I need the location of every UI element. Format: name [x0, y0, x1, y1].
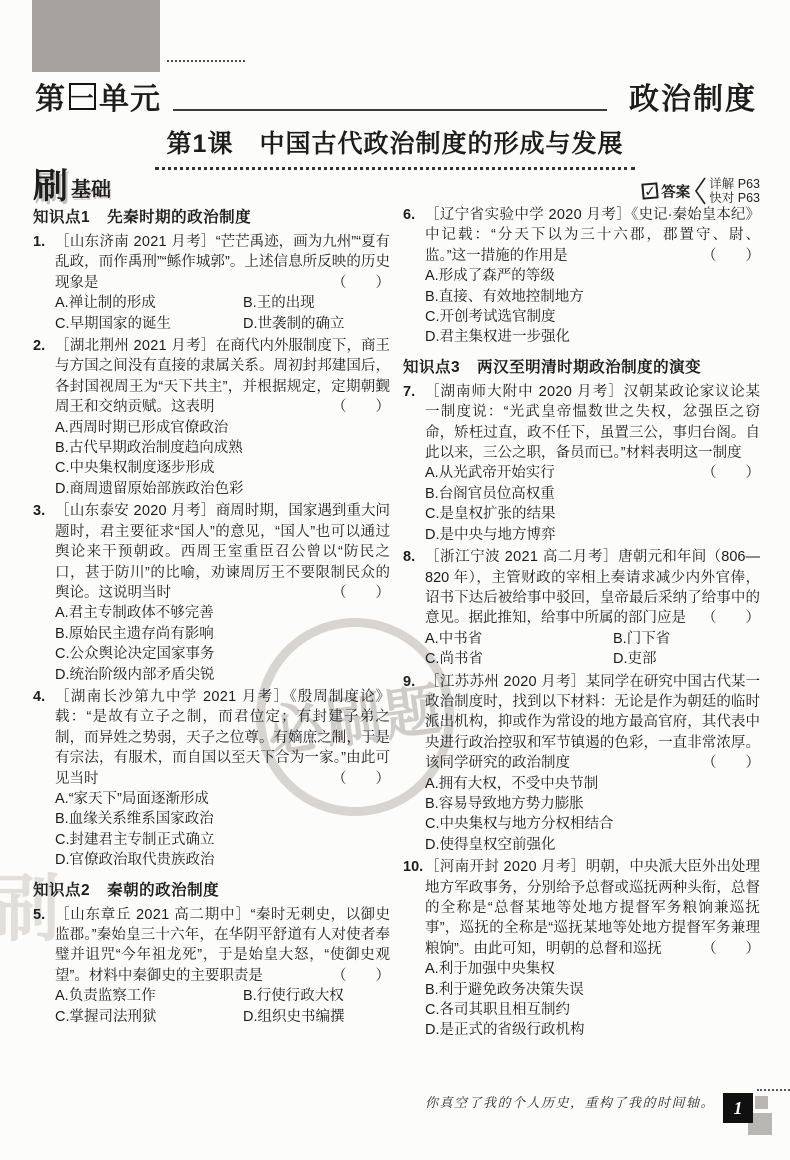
- question-source: ［辽宁省实验中学 2020 月考］: [425, 207, 631, 223]
- question-10: 10.［河南开封 2020 月考］明朝，中央派大臣外出处理地方军政事务，分别给予…: [403, 857, 760, 1041]
- knowledge-point-title: 两汉至明清时期政治制度的演变: [477, 359, 701, 376]
- unit-bleed-tab: [32, 0, 160, 72]
- knowledge-point-header: 知识点3两汉至明清时期政治制度的演变: [403, 355, 760, 377]
- question-number: 3.: [33, 501, 55, 685]
- section-row: 刷 基础 ✓ 答案 详解 P63 快对 P63: [33, 166, 760, 208]
- answer-bracket: （ ）: [332, 273, 390, 293]
- answer-bracket: （ ）: [332, 769, 390, 789]
- option: A.“家天下”局面逐渐形成: [55, 789, 390, 809]
- option: B.行使行政大权: [243, 986, 390, 1006]
- question-body: ［湖南师大附中 2020 月考］汉朝某政论家议论某一制度说：“光武皇帝愠数世之失…: [425, 382, 760, 545]
- option: C.尚书省: [425, 649, 613, 669]
- option: C.封建君主专制正式确立: [55, 830, 390, 850]
- option: D.商周遗留原始部族政治色彩: [55, 479, 390, 499]
- question-stem: ［辽宁省实验中学 2020 月考］《史记·秦始皇本纪》中记载：“分天下以为三十六…: [425, 205, 760, 266]
- question-number: 4.: [33, 687, 55, 871]
- option: D.是中央与地方博弈: [425, 525, 760, 545]
- answer-badge: ✓ 答案 详解 P63 快对 P63: [642, 177, 760, 205]
- checkbox-icon: ✓: [642, 182, 659, 199]
- angle-bracket-icon: [695, 177, 706, 205]
- question-stem: ［山东济南 2021 月考］“芒芒禹迹，画为九州”“夏有乱政，而作禹刑”“鲧作城…: [55, 232, 390, 293]
- question-body: ［湖北荆州 2021 月考］在商代内外服制度下，商王与方国之间没有直接的隶属关系…: [55, 336, 390, 499]
- options: A.中书省B.门下省C.尚书省D.吏部: [425, 629, 760, 670]
- option: C.中央集权制度逐步形成: [55, 458, 390, 478]
- question-stem: ［河南开封 2020 月考］明朝，中央派大臣外出处理地方军政事务，分别给予总督或…: [425, 857, 760, 959]
- option: D.统治阶级内部矛盾尖锐: [55, 665, 390, 685]
- option: A.形成了森严的等级: [425, 266, 760, 286]
- subject-title: 政治制度: [629, 74, 757, 118]
- answer-bracket: （ ）: [332, 397, 390, 417]
- option: D.君主集权进一步强化: [425, 327, 760, 347]
- section-badge-big: 刷: [33, 169, 68, 205]
- workbook-page: 第 一 单元 政治制度 第1课 中国古代政治制度的形成与发展 刷 基础 ✓ 答案…: [0, 0, 790, 1160]
- option: D.官僚政治取代贵族政治: [55, 850, 390, 870]
- answer-bracket: （ ）: [702, 463, 760, 483]
- question-2: 2.［湖北荆州 2021 月考］在商代内外服制度下，商王与方国之间没有直接的隶属…: [33, 336, 390, 499]
- option: B.利于避免政务决策失误: [425, 980, 760, 1000]
- answer-page-refs: 详解 P63 快对 P63: [709, 177, 760, 205]
- question-number: 8.: [403, 547, 425, 669]
- question-body: ［湖南长沙第九中学 2021 月考］《殷周制度论》载：“是故有立子之制，而君位定…: [55, 687, 390, 871]
- option: A.西周时期已形成官僚政治: [55, 418, 390, 438]
- question-5: 5.［山东章丘 2021 高二期中］“秦时无刺史，以御史监郡。”秦始皇三十六年，…: [33, 905, 390, 1027]
- knowledge-point-title: 先秦时期的政治制度: [107, 209, 251, 226]
- question-number: 1.: [33, 232, 55, 334]
- option: A.利于加强中央集权: [425, 959, 760, 979]
- lesson-title-row: 第1课 中国古代政治制度的形成与发展: [0, 124, 790, 170]
- option: B.原始民主遗存尚有影响: [55, 624, 390, 644]
- question-9: 9.［江苏苏州 2020 月考］某同学在研究中国古代某一政治制度时，找到以下材料…: [403, 672, 760, 856]
- options: A.西周时期已形成官僚政治B.古代早期政治制度趋向成熟C.中央集权制度逐步形成D…: [55, 418, 390, 500]
- column-left: 知识点1先秦时期的政治制度1.［山东济南 2021 月考］“芒芒禹迹，画为九州”…: [33, 205, 390, 1043]
- knowledge-point-label: 知识点3: [403, 359, 460, 376]
- question-source: ［湖北荆州 2021 月考］: [55, 338, 216, 354]
- footer-quote: 你真空了我的个人历史，重构了我的时间轴。: [425, 1092, 715, 1111]
- question-stem: ［湖南长沙第九中学 2021 月考］《殷周制度论》载：“是故有立子之制，而君位定…: [55, 687, 390, 789]
- question-columns: 知识点1先秦时期的政治制度1.［山东济南 2021 月考］“芒芒禹迹，画为九州”…: [33, 205, 760, 1043]
- option: C.中央集权与地方分权相结合: [425, 814, 760, 834]
- answer-bracket: （ ）: [702, 753, 760, 773]
- unit-name: 第 一 单元: [35, 74, 161, 118]
- header-rule: [173, 109, 607, 111]
- options: A.形成了森严的等级B.直接、有效地控制地方C.开创考试选官制度D.君主集权进一…: [425, 266, 760, 348]
- option: B.容易导致地方势力膨胀: [425, 794, 760, 814]
- option: C.公众舆论决定国家事务: [55, 644, 390, 664]
- answer-quick-ref: 快对 P63: [709, 191, 760, 205]
- option: B.直接、有效地控制地方: [425, 287, 760, 307]
- footer-dotted-rule: [757, 1089, 790, 1091]
- option: B.门下省: [613, 629, 760, 649]
- option: D.吏部: [613, 649, 760, 669]
- option: C.开创考试选官制度: [425, 307, 760, 327]
- question-source: ［山东济南 2021 月考］: [55, 234, 216, 250]
- option: C.早期国家的诞生: [55, 314, 243, 334]
- knowledge-point-label: 知识点2: [33, 882, 90, 899]
- question-source: ［山东泰安 2020 月考］: [55, 503, 216, 519]
- answer-bracket: （ ）: [702, 939, 760, 959]
- options: A.负责监察工作B.行使行政大权C.掌握司法刑狱D.组织史书编撰: [55, 986, 390, 1027]
- knowledge-point-title: 秦朝的政治制度: [107, 882, 219, 899]
- column-right: 6.［辽宁省实验中学 2020 月考］《史记·秦始皇本纪》中记载：“分天下以为三…: [403, 205, 760, 1043]
- question-stem: ［山东章丘 2021 高二期中］“秦时无刺史，以御史监郡。”秦始皇三十六年，在华…: [55, 905, 390, 987]
- question-body: ［山东泰安 2020 月考］商周时期，国家遇到重大问题时，君主要征求“国人”的意…: [55, 501, 390, 685]
- question-number: 10.: [403, 857, 425, 1041]
- question-source: ［山东章丘 2021 高二期中］: [55, 907, 251, 923]
- section-badge-small: 基础: [71, 173, 111, 202]
- knowledge-point-label: 知识点1: [33, 209, 90, 226]
- option: A.禅让制的形成: [55, 293, 243, 313]
- option: D.是正式的省级行政机构: [425, 1020, 760, 1040]
- option: D.世袭制的确立: [243, 314, 390, 334]
- question-body: ［山东济南 2021 月考］“芒芒禹迹，画为九州”“夏有乱政，而作禹刑”“鲧作城…: [55, 232, 390, 334]
- option: D.组织史书编撰: [243, 1007, 390, 1027]
- question-source: ［河南开封 2020 月考］: [425, 859, 586, 875]
- section-badge: 刷 基础: [33, 169, 111, 205]
- question-3: 3.［山东泰安 2020 月考］商周时期，国家遇到重大问题时，君主要征求“国人”…: [33, 501, 390, 685]
- header-dotted-rule: [167, 60, 245, 62]
- question-body: ［浙江宁波 2021 高二月考］唐朝元和年间（806—820 年），主管财政的宰…: [425, 547, 760, 669]
- answer-detail-ref: 详解 P63: [709, 177, 760, 191]
- question-source: ［湖南长沙第九中学 2021 月考］: [55, 689, 289, 705]
- answer-label: 答案: [661, 181, 690, 202]
- unit-header: 第 一 单元 政治制度: [35, 74, 757, 118]
- knowledge-point-header: 知识点1先秦时期的政治制度: [33, 205, 390, 227]
- page-number: 1: [723, 1093, 753, 1123]
- question-body: ［河南开封 2020 月考］明朝，中央派大臣外出处理地方军政事务，分别给予总督或…: [425, 857, 760, 1041]
- question-6: 6.［辽宁省实验中学 2020 月考］《史记·秦始皇本纪》中记载：“分天下以为三…: [403, 205, 760, 348]
- options: A.利于加强中央集权B.利于避免政务决策失误C.各司其职且相互制约D.是正式的省…: [425, 959, 760, 1041]
- unit-suffix: 单元: [99, 74, 161, 118]
- options: A.禅让制的形成B.王的出现C.早期国家的诞生D.世袭制的确立: [55, 293, 390, 334]
- option: A.拥有大权，不受中央节制: [425, 774, 760, 794]
- question-source: ［江苏苏州 2020 月考］: [425, 674, 586, 690]
- question-stem: ［浙江宁波 2021 高二月考］唐朝元和年间（806—820 年），主管财政的宰…: [425, 547, 760, 629]
- options: A.“家天下”局面逐渐形成B.血缘关系维系国家政治C.封建君主专制正式确立D.官…: [55, 789, 390, 871]
- question-number: 9.: [403, 672, 425, 856]
- question-number: 5.: [33, 905, 55, 1027]
- options: A.拥有大权，不受中央节制B.容易导致地方势力膨胀C.中央集权与地方分权相结合D…: [425, 774, 760, 856]
- corner-gray-square-small: [755, 1096, 768, 1109]
- option: A.负责监察工作: [55, 986, 243, 1006]
- option: C.各司其职且相互制约: [425, 1000, 760, 1020]
- question-source: ［浙江宁波 2021 高二月考］: [425, 549, 618, 565]
- question-1: 1.［山东济南 2021 月考］“芒芒禹迹，画为九州”“夏有乱政，而作禹刑”“鲧…: [33, 232, 390, 334]
- knowledge-point-header: 知识点2秦朝的政治制度: [33, 878, 390, 900]
- unit-number-box: 一: [69, 83, 96, 110]
- lesson-title: 第1课 中国古代政治制度的形成与发展: [155, 124, 636, 170]
- option: B.台阁官员位高权重: [425, 484, 760, 504]
- question-body: ［山东章丘 2021 高二期中］“秦时无刺史，以御史监郡。”秦始皇三十六年，在华…: [55, 905, 390, 1027]
- question-stem: ［江苏苏州 2020 月考］某同学在研究中国古代某一政治制度时，找到以下材料：无…: [425, 672, 760, 774]
- option: A.中书省: [425, 629, 613, 649]
- question-stem: ［湖北荆州 2021 月考］在商代内外服制度下，商王与方国之间没有直接的隶属关系…: [55, 336, 390, 418]
- question-stem: ［山东泰安 2020 月考］商周时期，国家遇到重大问题时，君主要征求“国人”的意…: [55, 501, 390, 603]
- question-body: ［辽宁省实验中学 2020 月考］《史记·秦始皇本纪》中记载：“分天下以为三十六…: [425, 205, 760, 348]
- option: B.血缘关系维系国家政治: [55, 809, 390, 829]
- option: D.使得皇权空前强化: [425, 835, 760, 855]
- answer-bracket: （ ）: [702, 246, 760, 266]
- question-stem: ［湖南师大附中 2020 月考］汉朝某政论家议论某一制度说：“光武皇帝愠数世之失…: [425, 382, 760, 464]
- option: B.王的出现: [243, 293, 390, 313]
- question-number: 2.: [33, 336, 55, 499]
- option: C.是皇权扩张的结果: [425, 504, 760, 524]
- option: A.君主专制政体不够完善: [55, 603, 390, 623]
- unit-prefix: 第: [35, 74, 66, 118]
- answer-bracket: （ ）: [332, 966, 390, 986]
- option: C.掌握司法刑狱: [55, 1007, 243, 1027]
- question-number: 7.: [403, 382, 425, 545]
- question-7: 7.［湖南师大附中 2020 月考］汉朝某政论家议论某一制度说：“光武皇帝愠数世…: [403, 382, 760, 545]
- question-source: ［湖南师大附中 2020 月考］: [425, 384, 624, 400]
- answer-bracket: （ ）: [332, 583, 390, 603]
- answer-bracket: （ ）: [702, 608, 760, 628]
- question-4: 4.［湖南长沙第九中学 2021 月考］《殷周制度论》载：“是故有立子之制，而君…: [33, 687, 390, 871]
- option: B.古代早期政治制度趋向成熟: [55, 438, 390, 458]
- options: A.君主专制政体不够完善B.原始民主遗存尚有影响C.公众舆论决定国家事务D.统治…: [55, 603, 390, 685]
- question-8: 8.［浙江宁波 2021 高二月考］唐朝元和年间（806—820 年），主管财政…: [403, 547, 760, 669]
- question-number: 6.: [403, 205, 425, 348]
- question-body: ［江苏苏州 2020 月考］某同学在研究中国古代某一政治制度时，找到以下材料：无…: [425, 672, 760, 856]
